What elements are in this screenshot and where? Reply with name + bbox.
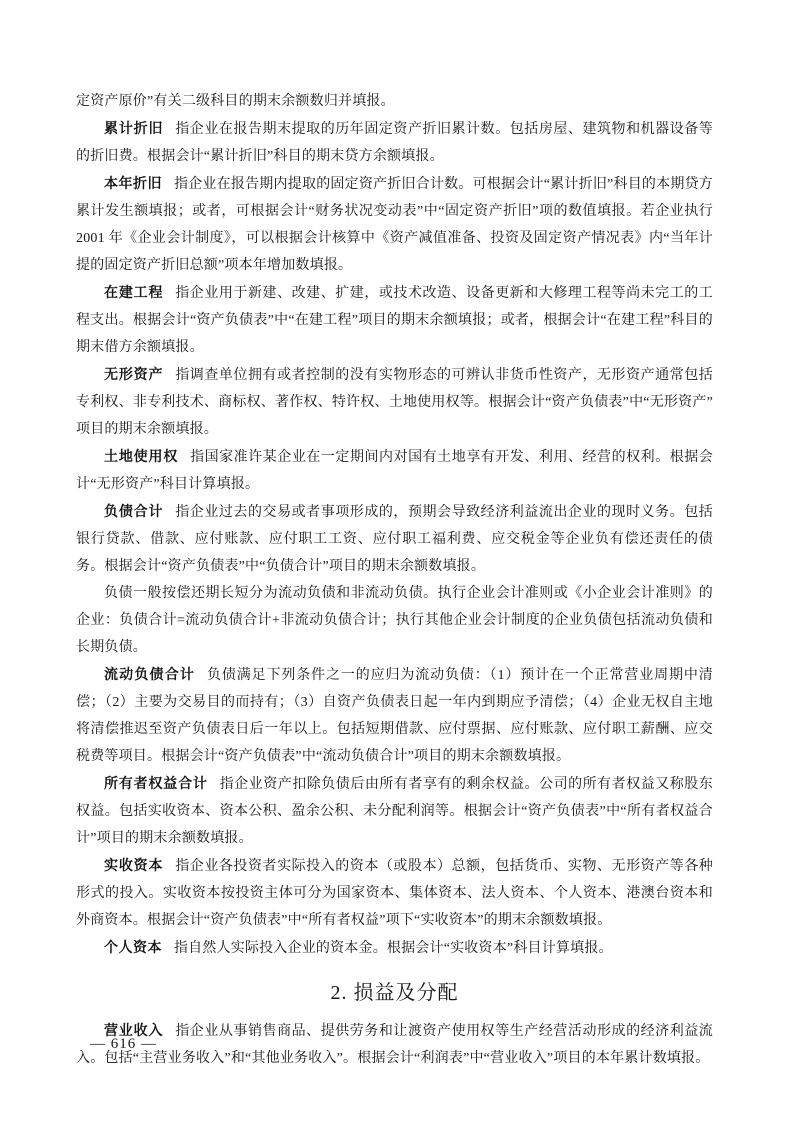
definition-paragraph: 营业收入指企业从事销售商品、提供劳务和让渡资产使用权等生产经营活动形成的经济利益… bbox=[76, 1017, 713, 1072]
document-content: 定资产原价”有关二级科目的期末余额数归并填报。累计折旧指企业在报告期末提取的历年… bbox=[76, 88, 713, 1072]
term-label: 累计折旧 bbox=[104, 120, 163, 136]
term-label: 负债合计 bbox=[104, 503, 163, 519]
section-heading: 2. 损益及分配 bbox=[76, 978, 713, 1008]
term-label: 实收资本 bbox=[104, 857, 163, 873]
term-label: 流动负债合计 bbox=[104, 666, 195, 682]
definition-paragraph: 无形资产指调查单位拥有或者控制的没有实物形态的可辨认非货币性资产，无形资产通常包… bbox=[76, 361, 713, 443]
term-label: 所有者权益合计 bbox=[104, 775, 208, 791]
definition-paragraph: 本年折旧指企业在报告期内提取的固定资产折旧合计数。可根据会计“累计折旧”科目的本… bbox=[76, 170, 713, 279]
definition-paragraph: 实收资本指企业各投资者实际投入的资本（或股本）总额，包括货币、实物、无形资产等各… bbox=[76, 852, 713, 934]
definition-paragraph: 在建工程指企业用于新建、改建、扩建，或技术改造、设备更新和大修理工程等尚未完工的… bbox=[76, 279, 713, 361]
definition-paragraph: 负债合计指企业过去的交易或者事项形成的，预期会导致经济利益流出企业的现时义务。包… bbox=[76, 498, 713, 580]
term-label: 无形资产 bbox=[104, 366, 163, 382]
term-label: 个人资本 bbox=[104, 939, 162, 955]
term-label: 在建工程 bbox=[104, 284, 163, 300]
body-paragraph: 负债一般按偿还期长短分为流动负债和非流动负债。执行企业会计准则或《小企业会计准则… bbox=[76, 580, 713, 661]
definition-paragraph: 个人资本指自然人实际投入企业的资本金。根据会计“实收资本”科目计算填报。 bbox=[76, 934, 713, 962]
page-footer: — 616 — bbox=[90, 1036, 157, 1053]
definition-paragraph: 流动负债合计负债满足下列条件之一的应归为流动负债：（1）预计在一个正常营业周期中… bbox=[76, 661, 713, 770]
term-label: 本年折旧 bbox=[104, 175, 162, 191]
term-label: 土地使用权 bbox=[104, 448, 178, 464]
definition-paragraph: 累计折旧指企业在报告期末提取的历年固定资产折旧累计数。包括房屋、建筑物和机器设备… bbox=[76, 115, 713, 170]
body-paragraph: 定资产原价”有关二级科目的期末余额数归并填报。 bbox=[76, 88, 713, 115]
document-page: 定资产原价”有关二级科目的期末余额数归并填报。累计折旧指企业在报告期末提取的历年… bbox=[0, 0, 793, 1122]
definition-paragraph: 所有者权益合计指企业资产扣除负债后由所有者享有的剩余权益。公司的所有者权益又称股… bbox=[76, 770, 713, 852]
page-number: — 616 — bbox=[90, 1036, 157, 1052]
definition-paragraph: 土地使用权指国家准许某企业在一定期间内对国有土地享有开发、利用、经营的权利。根据… bbox=[76, 443, 713, 498]
